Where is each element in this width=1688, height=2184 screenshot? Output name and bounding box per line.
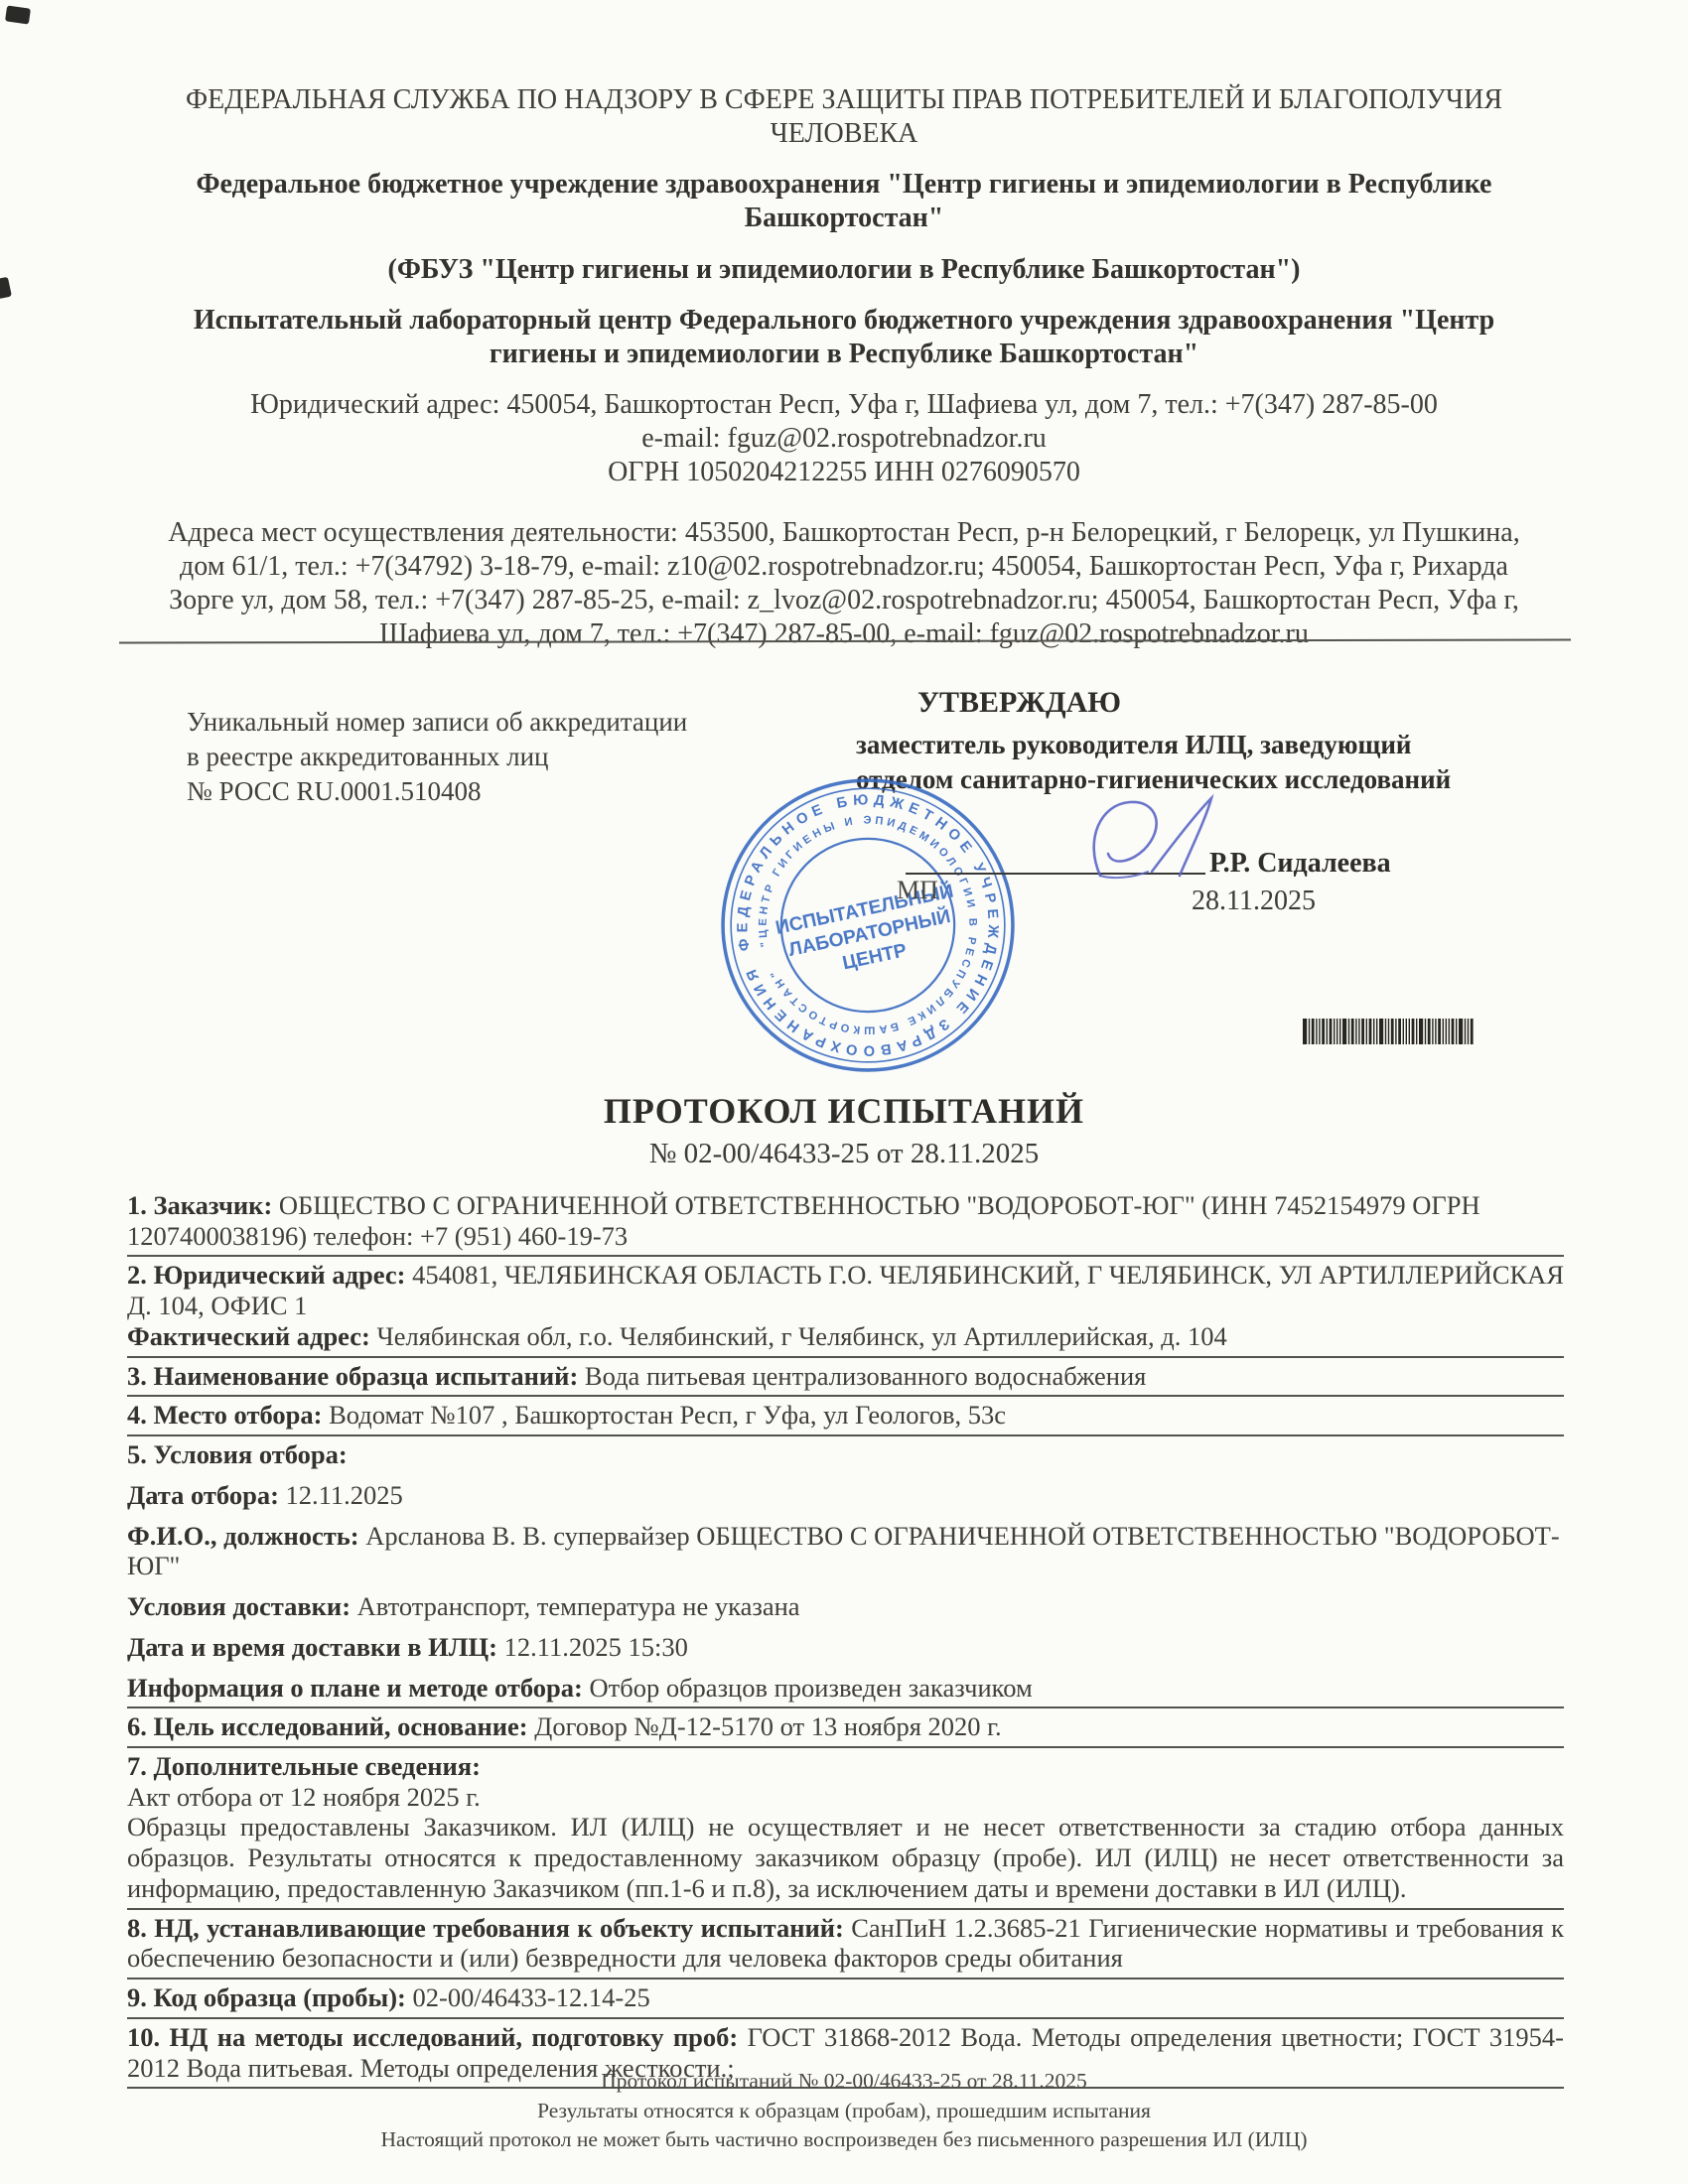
section-row: 7. Дополнительные сведения: — [127, 1751, 1564, 1782]
accreditation-line: в реестре аккредитованных лиц — [187, 740, 703, 774]
section-row: 5. Условия отбора: — [127, 1439, 1564, 1470]
field-label: 7. Дополнительные сведения: — [127, 1751, 481, 1781]
field-label: Фактический адрес: — [127, 1321, 370, 1351]
section-row: Информация о плане и методе отбора: Отбо… — [127, 1673, 1564, 1704]
scan-artifact — [0, 277, 12, 299]
field-label: 4. Место отбора: — [127, 1400, 322, 1430]
protocol-title-block: ПРОТОКОЛ ИСПЫТАНИЙ № 02-00/46433-25 от 2… — [0, 1090, 1688, 1170]
field-label: Информация о плане и методе отбора: — [127, 1673, 583, 1703]
org-short-name: (ФБУЗ "Центр гигиены и эпидемиологии в Р… — [149, 253, 1539, 287]
field-label: 10. НД на методы исследований, подготовк… — [127, 2022, 738, 2052]
section-row: Дата и время доставки в ИЛЦ: 12.11.2025 … — [127, 1632, 1564, 1663]
accreditation-number: № РОСС RU.0001.510408 — [187, 774, 703, 809]
section-row: 3. Наименование образца испытаний: Вода … — [127, 1361, 1564, 1392]
field-label: 1. Заказчик: — [127, 1190, 272, 1220]
scan-artifact — [5, 5, 31, 24]
section-row: Условия доставки: Автотранспорт, темпера… — [127, 1591, 1564, 1622]
document-header: ФЕДЕРАЛЬНАЯ СЛУЖБА ПО НАДЗОРУ В СФЕРЕ ЗА… — [149, 83, 1539, 651]
approval-title: УТВЕРЖДАЮ — [856, 683, 1501, 722]
protocol-section: 9. Код образца (пробы): 02-00/46433-12.1… — [127, 1979, 1564, 2019]
ogrn-inn: ОГРН 1050204212255 ИНН 0276090570 — [149, 456, 1539, 489]
field-label: 8. НД, устанавливающие требования к объе… — [127, 1913, 844, 1943]
accreditation-block: Уникальный номер записи об аккредитации … — [187, 705, 703, 809]
protocol-section: 7. Дополнительные сведения:Акт отбора от… — [127, 1748, 1564, 1910]
mp-seal-label: МП — [897, 876, 938, 905]
approval-date: 28.11.2025 — [1192, 886, 1316, 917]
protocol-number: № 02-00/46433-25 от 28.11.2025 — [0, 1138, 1688, 1170]
activity-addresses: Адреса мест осуществления деятельности: … — [149, 516, 1539, 652]
footer-note: Настоящий протокол не может быть частичн… — [0, 2125, 1688, 2155]
field-label: Условия доставки: — [127, 1591, 351, 1621]
page-footer: Протокол испытаний № 02-00/46433-25 от 2… — [0, 2067, 1688, 2155]
footer-protocol-ref: Протокол испытаний № 02-00/46433-25 от 2… — [0, 2067, 1688, 2097]
scanned-protocol-page: ФЕДЕРАЛЬНАЯ СЛУЖБА ПО НАДЗОРУ В СФЕРЕ ЗА… — [0, 0, 1688, 2184]
accreditation-line: Уникальный номер записи об аккредитации — [187, 705, 703, 740]
protocol-sections: 1. Заказчик: ОБЩЕСТВО С ОГРАНИЧЕННОЙ ОТВ… — [127, 1187, 1564, 2089]
approver-name: Р.Р. Сидалеева — [1209, 848, 1391, 880]
org-email: e-mail: fguz@02.rospotrebnadzor.ru — [149, 422, 1539, 456]
field-label: 2. Юридический адрес: — [127, 1260, 405, 1290]
field-label: 9. Код образца (пробы): — [127, 1982, 406, 2012]
protocol-section: 5. Условия отбора:Дата отбора: 12.11.202… — [127, 1436, 1564, 1708]
section-row: Дата отбора: 12.11.2025 — [127, 1480, 1564, 1511]
org-full-name: Федеральное бюджетное учреждение здравоо… — [149, 168, 1539, 235]
field-label: Ф.И.О., должность: — [127, 1521, 359, 1551]
protocol-section: 4. Место отбора: Водомат №107 , Башкорто… — [127, 1397, 1564, 1436]
section-row: Ф.И.О., должность: Арсланова В. В. супер… — [127, 1521, 1564, 1581]
field-label: 5. Условия отбора: — [127, 1439, 348, 1469]
section-row: 1. Заказчик: ОБЩЕСТВО С ОГРАНИЧЕННОЙ ОТВ… — [127, 1190, 1564, 1251]
field-label: Дата и время доставки в ИЛЦ: — [127, 1632, 497, 1662]
legal-address: Юридический адрес: 450054, Башкортостан … — [149, 388, 1539, 422]
laboratory-round-stamp: ФЕДЕРАЛЬНОЕ БЮДЖЕТНОЕ УЧРЕЖДЕНИЕ ЗДРАВОО… — [689, 747, 1048, 1105]
protocol-section: 3. Наименование образца испытаний: Вода … — [127, 1358, 1564, 1398]
section-row: 9. Код образца (пробы): 02-00/46433-12.1… — [127, 1982, 1564, 2013]
field-label: 3. Наименование образца испытаний: — [127, 1361, 578, 1391]
section-row: 4. Место отбора: Водомат №107 , Башкорто… — [127, 1400, 1564, 1431]
protocol-section: 1. Заказчик: ОБЩЕСТВО С ОГРАНИЧЕННОЙ ОТВ… — [127, 1187, 1564, 1257]
section-row: 8. НД, устанавливающие требования к объе… — [127, 1913, 1564, 1974]
protocol-section: 8. НД, устанавливающие требования к объе… — [127, 1910, 1564, 1979]
section-row: 2. Юридический адрес: 454081, ЧЕЛЯБИНСКА… — [127, 1260, 1564, 1320]
agency-name: ФЕДЕРАЛЬНАЯ СЛУЖБА ПО НАДЗОРУ В СФЕРЕ ЗА… — [149, 83, 1539, 151]
footer-note: Результаты относятся к образцам (пробам)… — [0, 2097, 1688, 2126]
field-label: 6. Цель исследований, основание: — [127, 1711, 528, 1741]
barcode — [1303, 1019, 1476, 1044]
section-row: 6. Цель исследований, основание: Договор… — [127, 1711, 1564, 1742]
section-row: Образцы предоставлены Заказчиком. ИЛ (ИЛ… — [127, 1812, 1564, 1903]
protocol-section: 6. Цель исследований, основание: Договор… — [127, 1708, 1564, 1748]
section-row: Акт отбора от 12 ноября 2025 г. — [127, 1782, 1564, 1813]
protocol-title: ПРОТОКОЛ ИСПЫТАНИЙ — [0, 1090, 1688, 1132]
field-label: Дата отбора: — [127, 1480, 279, 1510]
section-row: Фактический адрес: Челябинская обл, г.о.… — [127, 1321, 1564, 1352]
lab-center-name: Испытательный лабораторный центр Федерал… — [149, 304, 1539, 371]
protocol-section: 2. Юридический адрес: 454081, ЧЕЛЯБИНСКА… — [127, 1257, 1564, 1357]
